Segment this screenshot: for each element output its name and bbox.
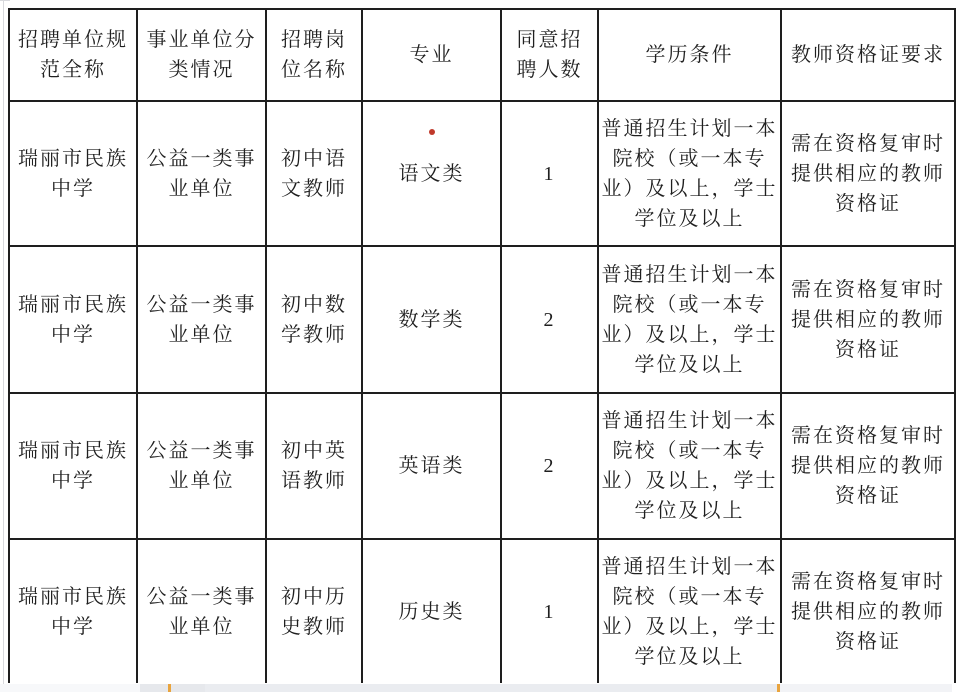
cell-unit: 瑞丽市民族中学 — [9, 539, 137, 683]
cell-count: 1 — [501, 539, 598, 683]
cell-position: 初中数学教师 — [266, 246, 362, 393]
cell-major: 语文类 — [362, 101, 501, 246]
cell-unit: 瑞丽市民族中学 — [9, 393, 137, 539]
cell-education: 普通招生计划一本院校（或一本专业）及以上，学士学位及以上 — [598, 246, 781, 393]
cell-major: 英语类 — [362, 393, 501, 539]
strip-segment — [952, 684, 958, 692]
cell-certificate: 需在资格复审时提供相应的教师资格证 — [781, 246, 955, 393]
cell-position: 初中历史教师 — [266, 539, 362, 683]
major-label: 语文类 — [399, 163, 465, 185]
header-unit-category: 事业单位分类情况 — [137, 9, 266, 101]
document-page: 招聘单位规范全称 事业单位分类情况 招聘岗位名称 专业 同意招聘人数 学历条件 … — [0, 0, 958, 692]
cell-position: 初中英语教师 — [266, 393, 362, 539]
cell-count: 2 — [501, 246, 598, 393]
table-row: 瑞丽市民族中学 公益一类事业单位 初中历史教师 历史类 1 普通招生计划一本院校… — [9, 539, 955, 683]
strip-segment — [140, 684, 205, 692]
header-education-requirement: 学历条件 — [598, 9, 781, 101]
cell-count: 1 — [501, 101, 598, 246]
cell-category: 公益一类事业单位 — [137, 393, 266, 539]
cell-education: 普通招生计划一本院校（或一本专业）及以上，学士学位及以上 — [598, 393, 781, 539]
strip-segment — [205, 684, 780, 692]
cell-position: 初中语文教师 — [266, 101, 362, 246]
cell-certificate: 需在资格复审时提供相应的教师资格证 — [781, 393, 955, 539]
cell-category: 公益一类事业单位 — [137, 101, 266, 246]
strip-segment — [0, 684, 140, 692]
cell-major: 历史类 — [362, 539, 501, 683]
cell-category: 公益一类事业单位 — [137, 539, 266, 683]
cell-major: 数学类 — [362, 246, 501, 393]
strip-segment — [780, 684, 952, 692]
cell-category: 公益一类事业单位 — [137, 246, 266, 393]
cell-certificate: 需在资格复审时提供相应的教师资格证 — [781, 539, 955, 683]
orange-tick-marker — [777, 684, 780, 692]
cell-education: 普通招生计划一本院校（或一本专业）及以上，学士学位及以上 — [598, 101, 781, 246]
table-row: 瑞丽市民族中学 公益一类事业单位 初中英语教师 英语类 2 普通招生计划一本院校… — [9, 393, 955, 539]
table-header-row: 招聘单位规范全称 事业单位分类情况 招聘岗位名称 专业 同意招聘人数 学历条件 … — [9, 9, 955, 101]
spreadsheet-row-below — [0, 684, 958, 692]
cell-count: 2 — [501, 393, 598, 539]
orange-tick-marker — [168, 684, 171, 692]
red-dot-marker — [429, 129, 435, 135]
table-row: 瑞丽市民族中学 公益一类事业单位 初中数学教师 数学类 2 普通招生计划一本院校… — [9, 246, 955, 393]
recruitment-table: 招聘单位规范全称 事业单位分类情况 招聘岗位名称 专业 同意招聘人数 学历条件 … — [8, 8, 956, 683]
page-edge-notch — [0, 0, 10, 1]
page-edge-line — [3, 0, 4, 684]
table-row: 瑞丽市民族中学 公益一类事业单位 初中语文教师 语文类 1 普通招生计划一本院校… — [9, 101, 955, 246]
header-approved-count: 同意招聘人数 — [501, 9, 598, 101]
cell-unit: 瑞丽市民族中学 — [9, 246, 137, 393]
header-major: 专业 — [362, 9, 501, 101]
header-unit-name: 招聘单位规范全称 — [9, 9, 137, 101]
header-position-name: 招聘岗位名称 — [266, 9, 362, 101]
cell-unit: 瑞丽市民族中学 — [9, 101, 137, 246]
cell-education: 普通招生计划一本院校（或一本专业）及以上，学士学位及以上 — [598, 539, 781, 683]
header-certificate-requirement: 教师资格证要求 — [781, 9, 955, 101]
cell-certificate: 需在资格复审时提供相应的教师资格证 — [781, 101, 955, 246]
